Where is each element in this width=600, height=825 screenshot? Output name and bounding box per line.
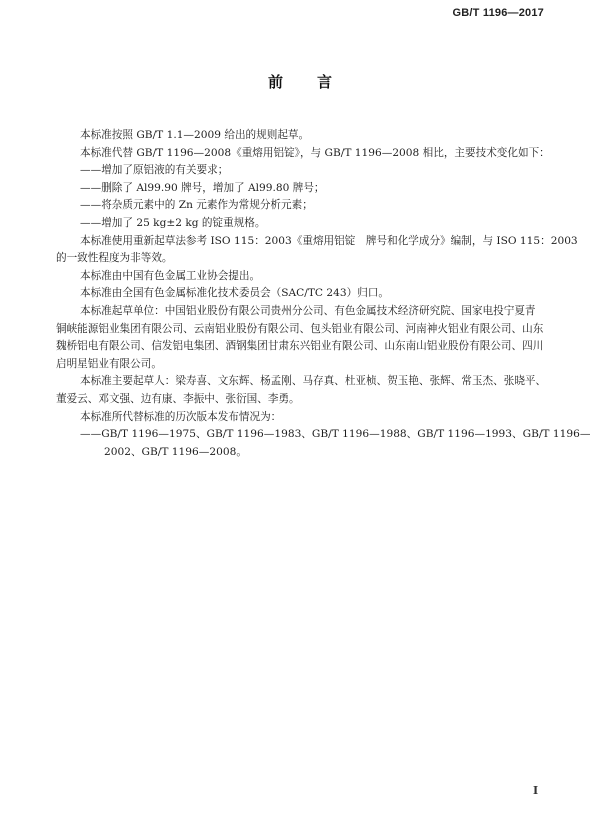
history-item-cont: 2002、GB/T 1196—2008。: [56, 444, 544, 462]
title-char-1: 前: [268, 71, 283, 92]
paragraph-drafting-units: 本标准起草单位：中国铝业股份有限公司贵州分公司、有色金属技术经济研究院、国家电投…: [56, 303, 544, 321]
paragraph-drafting-units-cont: 铜峡能源铝业集团有限公司、云南铝业股份有限公司、包头铝业有限公司、河南神火铝业有…: [56, 321, 544, 339]
change-item: ——增加了 25 kg±2 kg 的锭重规格。: [56, 215, 544, 233]
title-char-2: 言: [317, 71, 332, 92]
page-number: I: [533, 784, 538, 797]
paragraph-iso-reference-cont: 的一致性程度为非等效。: [56, 250, 544, 268]
paragraph-iso-reference: 本标准使用重新起草法参考 ISO 115：2003《重熔用铝锭 牌号和化学成分》…: [56, 233, 544, 251]
page-title: 前言: [0, 71, 600, 92]
paragraph-history-intro: 本标准所代替标准的历次版本发布情况为：: [56, 409, 544, 427]
change-item: ——删除了 Al99.90 牌号，增加了 Al99.80 牌号；: [56, 180, 544, 198]
change-item: ——将杂质元素中的 Zn 元素作为常规分析元素；: [56, 197, 544, 215]
paragraph-drafting-units-cont: 魏桥铝电有限公司、信发铝电集团、酒钢集团甘肃东兴铝业有限公司、山东南山铝业股份有…: [56, 338, 544, 356]
paragraph-main-drafters: 本标准主要起草人：梁寿喜、文东辉、杨孟刚、马存真、杜亚桢、贺玉艳、张辉、常玉杰、…: [56, 373, 544, 391]
paragraph-replacement: 本标准代替 GB/T 1196—2008《重熔用铝锭》，与 GB/T 1196—…: [56, 145, 544, 163]
paragraph-main-drafters-cont: 董爱云、邓文强、边有康、李振中、张衍国、李勇。: [56, 391, 544, 409]
paragraph-under-jurisdiction: 本标准由全国有色金属标准化技术委员会（SAC/TC 243）归口。: [56, 285, 544, 303]
change-item: ——增加了原铝液的有关要求；: [56, 162, 544, 180]
paragraph-proposed-by: 本标准由中国有色金属工业协会提出。: [56, 268, 544, 286]
history-item: ——GB/T 1196—1975、GB/T 1196—1983、GB/T 119…: [56, 426, 544, 444]
foreword-content: 本标准按照 GB/T 1.1—2009 给出的规则起草。 本标准代替 GB/T …: [56, 127, 544, 461]
standard-code: GB/T 1196—2017: [453, 7, 544, 19]
paragraph-drafting-units-cont: 启明星铝业有限公司。: [56, 356, 544, 374]
paragraph-drafting-rules: 本标准按照 GB/T 1.1—2009 给出的规则起草。: [56, 127, 544, 145]
